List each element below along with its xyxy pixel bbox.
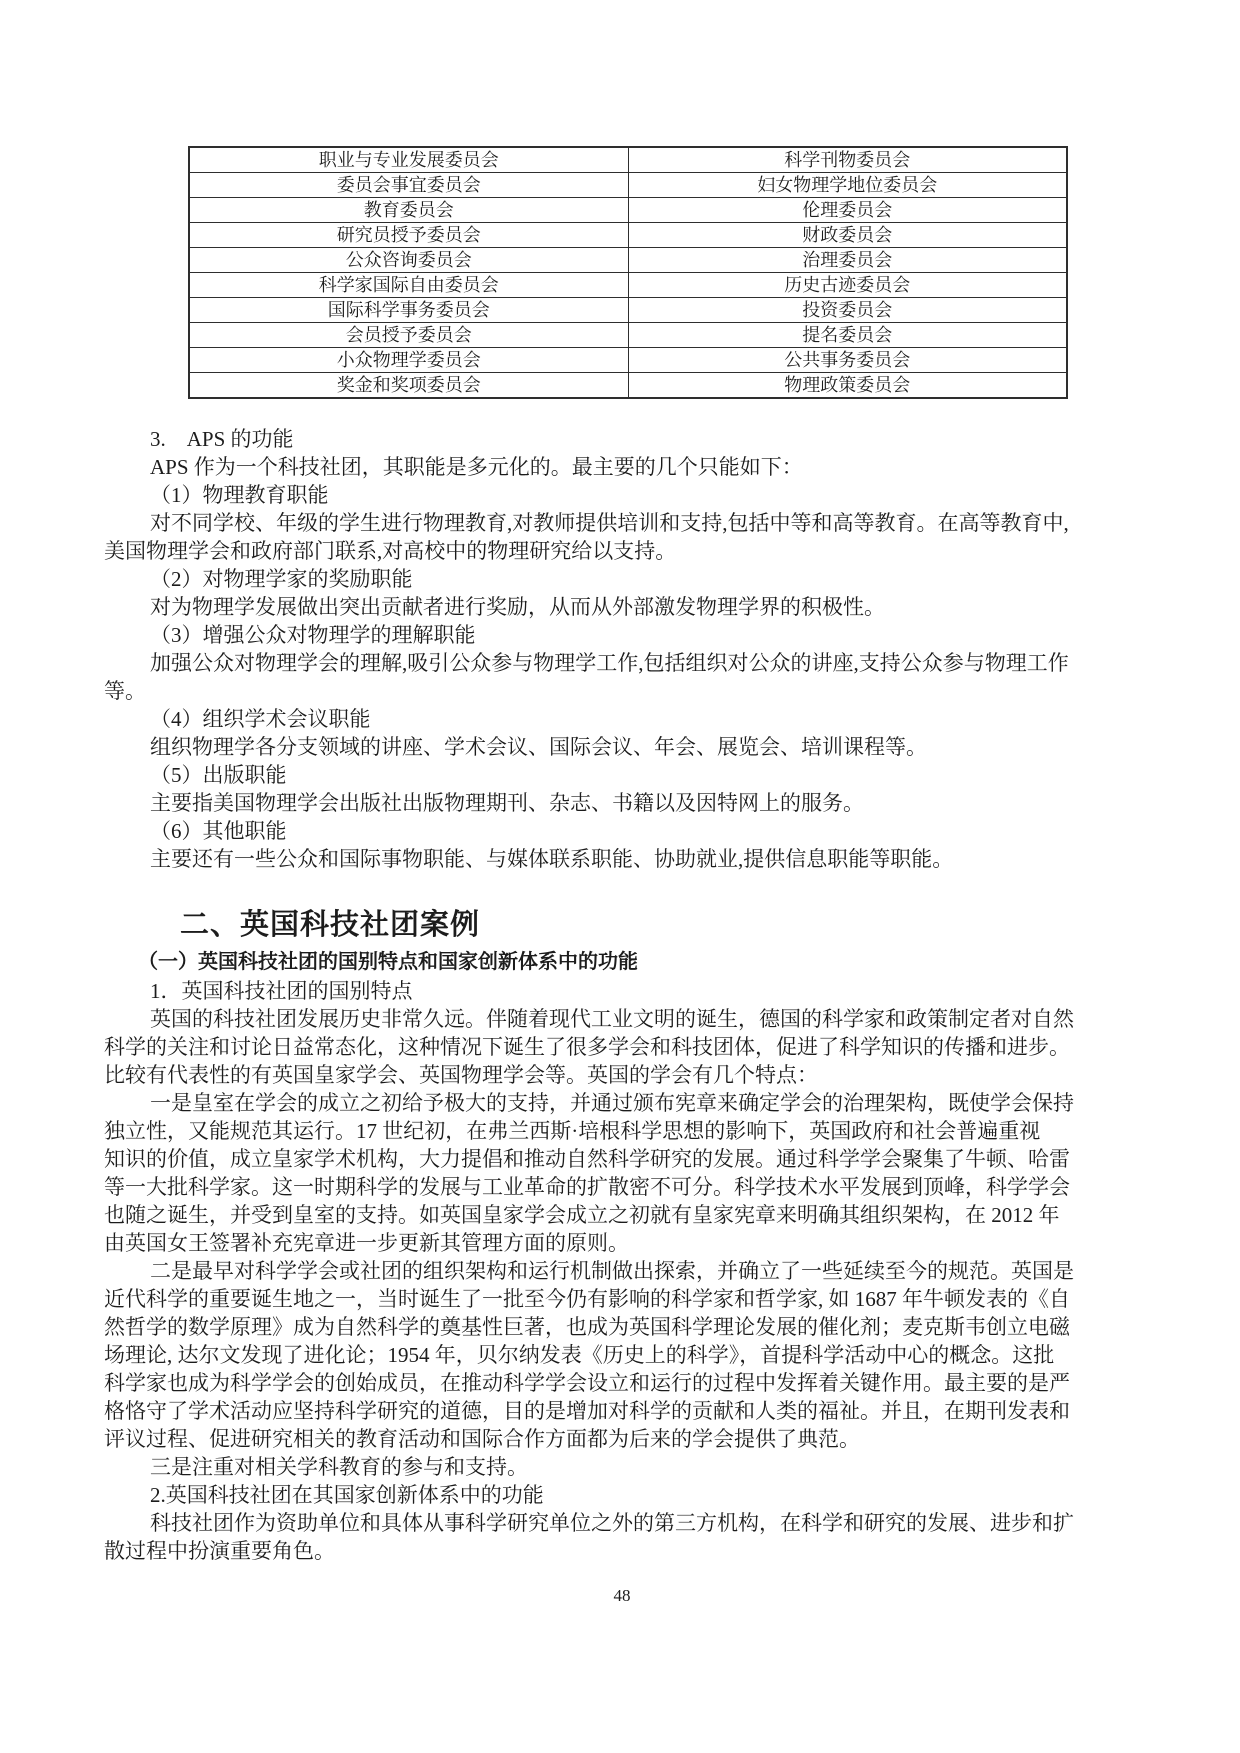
table-row: 委员会事宜委员会 妇女物理学地位委员会 bbox=[189, 173, 1067, 198]
text-line: 比较有代表性的有英国皇家学会、英国物理学会等。英国的学会有几个特点： bbox=[104, 1061, 1140, 1089]
document-page: 职业与专业发展委员会 科学刊物委员会 委员会事宜委员会 妇女物理学地位委员会 教… bbox=[0, 0, 1240, 1753]
text-line: 加强公众对物理学会的理解,吸引公众参与物理学工作,包括组织对公众的讲座,支持公众… bbox=[104, 649, 1140, 677]
text-line: 也随之诞生，并受到皇室的支持。如英国皇家学会成立之初就有皇家宪章来明确其组织架构… bbox=[104, 1201, 1140, 1229]
text-line: 等一大批科学家。这一时期科学的发展与工业革命的扩散密不可分。科学技术水平发展到顶… bbox=[104, 1173, 1140, 1201]
table-cell: 委员会事宜委员会 bbox=[189, 173, 628, 198]
table-cell: 奖金和奖项委员会 bbox=[189, 373, 628, 399]
text-line: 等。 bbox=[104, 677, 1140, 705]
table-cell: 公众咨询委员会 bbox=[189, 248, 628, 273]
item-5-heading: （5）出版职能 bbox=[104, 761, 1140, 789]
table-cell: 研究员授予委员会 bbox=[189, 223, 628, 248]
table-cell: 治理委员会 bbox=[628, 248, 1067, 273]
item-6-heading: （6）其他职能 bbox=[104, 817, 1140, 845]
aps-functions-heading: 3. APS 的功能 bbox=[104, 425, 1140, 453]
table-cell: 科学家国际自由委员会 bbox=[189, 273, 628, 298]
text-line: 二是最早对科学学会或社团的组织架构和运行机制做出探索，并确立了一些延续至今的规范… bbox=[104, 1257, 1140, 1285]
table-cell: 伦理委员会 bbox=[628, 198, 1067, 223]
table-row: 教育委员会 伦理委员会 bbox=[189, 198, 1067, 223]
table-row: 公众咨询委员会 治理委员会 bbox=[189, 248, 1067, 273]
table-cell: 国际科学事务委员会 bbox=[189, 298, 628, 323]
table-cell: 提名委员会 bbox=[628, 323, 1067, 348]
text-line: 评议过程、促进研究相关的教育活动和国际合作方面都为后来的学会提供了典范。 bbox=[104, 1425, 1140, 1453]
table-cell: 会员授予委员会 bbox=[189, 323, 628, 348]
table-row: 奖金和奖项委员会 物理政策委员会 bbox=[189, 373, 1067, 399]
text-line: 科技社团作为资助单位和具体从事科学研究单位之外的第三方机构，在科学和研究的发展、… bbox=[104, 1509, 1140, 1537]
table-cell: 小众物理学委员会 bbox=[189, 348, 628, 373]
text-line: 一是皇室在学会的成立之初给予极大的支持，并通过颁布宪章来确定学会的治理架构，既使… bbox=[104, 1089, 1140, 1117]
text-line: 场理论, 达尔文发现了进化论；1954 年，贝尔纳发表《历史上的科学》，首提科学… bbox=[104, 1341, 1140, 1369]
page-content: 职业与专业发展委员会 科学刊物委员会 委员会事宜委员会 妇女物理学地位委员会 教… bbox=[104, 0, 1140, 1605]
text-line: 独立性，又能规范其运行。17 世纪初，在弗兰西斯·培根科学思想的影响下，英国政府… bbox=[104, 1117, 1140, 1145]
text-line: 英国的科技社团发展历史非常久远。伴随着现代工业文明的诞生，德国的科学家和政策制定… bbox=[104, 1005, 1140, 1033]
subitem-1-heading: 1．英国科技社团的国别特点 bbox=[104, 977, 1140, 1005]
body-text: 3. APS 的功能 APS 作为一个科技社团，其职能是多元化的。最主要的几个只… bbox=[104, 425, 1140, 1565]
text-line: 由英国女王签署补充宪章进一步更新其管理方面的原则。 bbox=[104, 1229, 1140, 1257]
table-row: 科学家国际自由委员会 历史古迹委员会 bbox=[189, 273, 1067, 298]
text-line: 格恪守了学术活动应坚持科学研究的道德，目的是增加对科学的贡献和人类的福祉。并且，… bbox=[104, 1397, 1140, 1425]
table-cell: 财政委员会 bbox=[628, 223, 1067, 248]
table-cell: 妇女物理学地位委员会 bbox=[628, 173, 1067, 198]
table-cell: 科学刊物委员会 bbox=[628, 147, 1067, 173]
item-1-heading: （1）物理教育职能 bbox=[104, 481, 1140, 509]
text-line: 三是注重对相关学科教育的参与和支持。 bbox=[104, 1453, 1140, 1481]
text-line: 美国物理学会和政府部门联系,对高校中的物理研究给以支持。 bbox=[104, 537, 1140, 565]
text-line: 对为物理学发展做出突出贡献者进行奖励，从而从外部激发物理学界的积极性。 bbox=[104, 593, 1140, 621]
table-row: 职业与专业发展委员会 科学刊物委员会 bbox=[189, 147, 1067, 173]
committee-table-body: 职业与专业发展委员会 科学刊物委员会 委员会事宜委员会 妇女物理学地位委员会 教… bbox=[189, 147, 1067, 398]
item-2-heading: （2）对物理学家的奖励职能 bbox=[104, 565, 1140, 593]
text-line: 科学的关注和讨论日益常态化，这种情况下诞生了很多学会和科技团体，促进了科学知识的… bbox=[104, 1033, 1140, 1061]
text-line: 近代科学的重要诞生地之一，当时诞生了一批至今仍有影响的科学家和哲学家, 如 16… bbox=[104, 1285, 1140, 1313]
text-line: 知识的价值，成立皇家学术机构，大力提倡和推动自然科学研究的发展。通过科学学会聚集… bbox=[104, 1145, 1140, 1173]
section-heading: 二、英国科技社团案例 bbox=[104, 903, 1140, 947]
text-line: 科学家也成为科学学会的创始成员，在推动科学学会设立和运行的过程中发挥着关键作用。… bbox=[104, 1369, 1140, 1397]
text-line: 散过程中扮演重要角色。 bbox=[104, 1537, 1140, 1565]
text-line: APS 作为一个科技社团，其职能是多元化的。最主要的几个只能如下： bbox=[104, 453, 1140, 481]
text-line: 然哲学的数学原理》成为自然科学的奠基性巨著，也成为英国科学理论发展的催化剂；麦克… bbox=[104, 1313, 1140, 1341]
table-cell: 投资委员会 bbox=[628, 298, 1067, 323]
table-cell: 教育委员会 bbox=[189, 198, 628, 223]
table-row: 研究员授予委员会 财政委员会 bbox=[189, 223, 1067, 248]
table-cell: 物理政策委员会 bbox=[628, 373, 1067, 399]
table-row: 国际科学事务委员会 投资委员会 bbox=[189, 298, 1067, 323]
subitem-2-heading: 2.英国科技社团在其国家创新体系中的功能 bbox=[104, 1481, 1140, 1509]
item-3-heading: （3）增强公众对物理学的理解职能 bbox=[104, 621, 1140, 649]
table-row: 会员授予委员会 提名委员会 bbox=[189, 323, 1067, 348]
committee-table: 职业与专业发展委员会 科学刊物委员会 委员会事宜委员会 妇女物理学地位委员会 教… bbox=[188, 146, 1068, 399]
text-line: 主要还有一些公众和国际事物职能、与媒体联系职能、协助就业,提供信息职能等职能。 bbox=[104, 845, 1140, 873]
table-cell: 公共事务委员会 bbox=[628, 348, 1067, 373]
text-line: 主要指美国物理学会出版社出版物理期刊、杂志、书籍以及因特网上的服务。 bbox=[104, 789, 1140, 817]
subsection-heading: （一）英国科技社团的国别特点和国家创新体系中的功能 bbox=[104, 947, 1140, 977]
table-row: 小众物理学委员会 公共事务委员会 bbox=[189, 348, 1067, 373]
page-number: 48 bbox=[104, 1587, 1140, 1605]
item-4-heading: （4）组织学术会议职能 bbox=[104, 705, 1140, 733]
table-cell: 历史古迹委员会 bbox=[628, 273, 1067, 298]
table-cell: 职业与专业发展委员会 bbox=[189, 147, 628, 173]
text-line: 组织物理学各分支领域的讲座、学术会议、国际会议、年会、展览会、培训课程等。 bbox=[104, 733, 1140, 761]
text-line: 对不同学校、年级的学生进行物理教育,对教师提供培训和支持,包括中等和高等教育。在… bbox=[104, 509, 1140, 537]
